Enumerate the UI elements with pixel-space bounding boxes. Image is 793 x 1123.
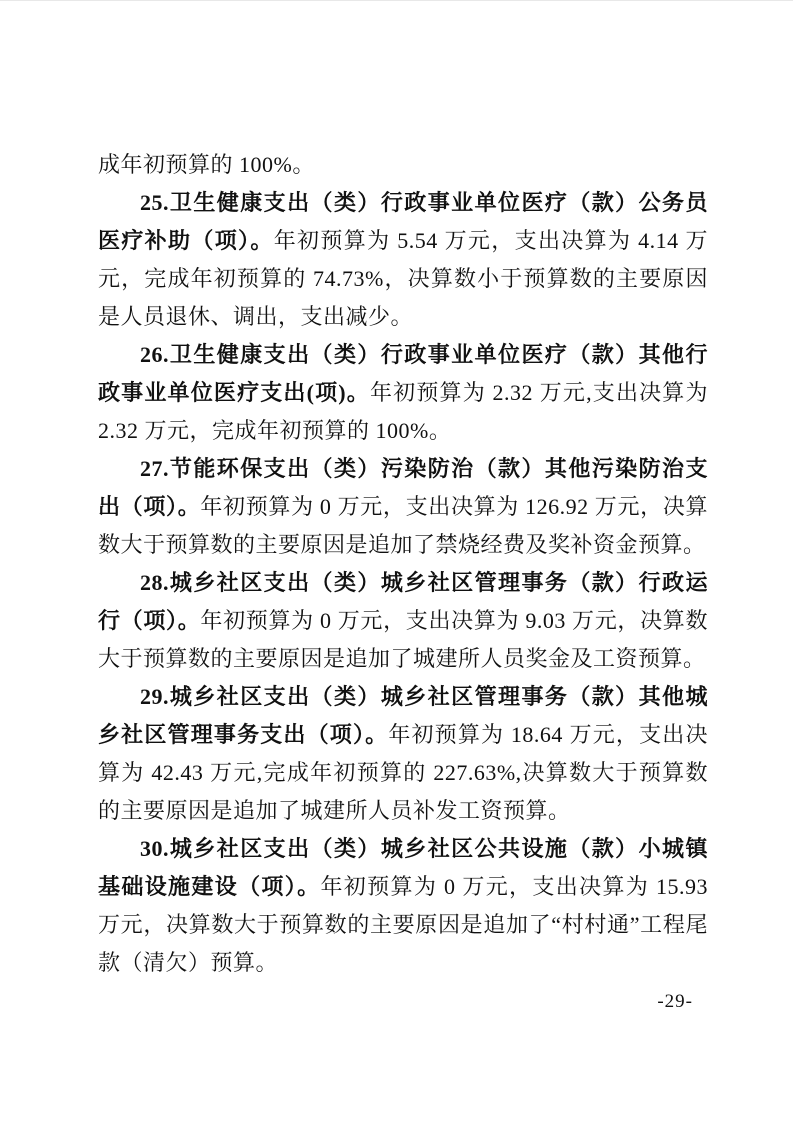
budget-item-29: 29.城乡社区支出（类）城乡社区管理事务（款）其他城乡社区管理事务支出（项）。年… [98,678,708,830]
budget-item-28: 28.城乡社区支出（类）城乡社区管理事务（款）行政运行（项）。年初预算为 0 万… [98,564,708,678]
document-page: 成年初预算的 100%。 25.卫生健康支出（类）行政事业单位医疗（款）公务员医… [0,0,793,1123]
budget-item-26: 26.卫生健康支出（类）行政事业单位医疗（款）其他行政事业单位医疗支出(项)。年… [98,336,708,450]
paragraph-text: 成年初预算的 100%。 [98,152,315,177]
document-body: 成年初预算的 100%。 25.卫生健康支出（类）行政事业单位医疗（款）公务员医… [98,146,708,982]
page-number: -29- [657,991,693,1013]
paragraph-continuation: 成年初预算的 100%。 [98,146,708,184]
budget-item-27: 27.节能环保支出（类）污染防治（款）其他污染防治支出（项）。年初预算为 0 万… [98,450,708,564]
budget-item-25: 25.卫生健康支出（类）行政事业单位医疗（款）公务员医疗补助（项）。年初预算为 … [98,184,708,336]
budget-item-30: 30.城乡社区支出（类）城乡社区公共设施（款）小城镇基础设施建设（项）。年初预算… [98,830,708,982]
